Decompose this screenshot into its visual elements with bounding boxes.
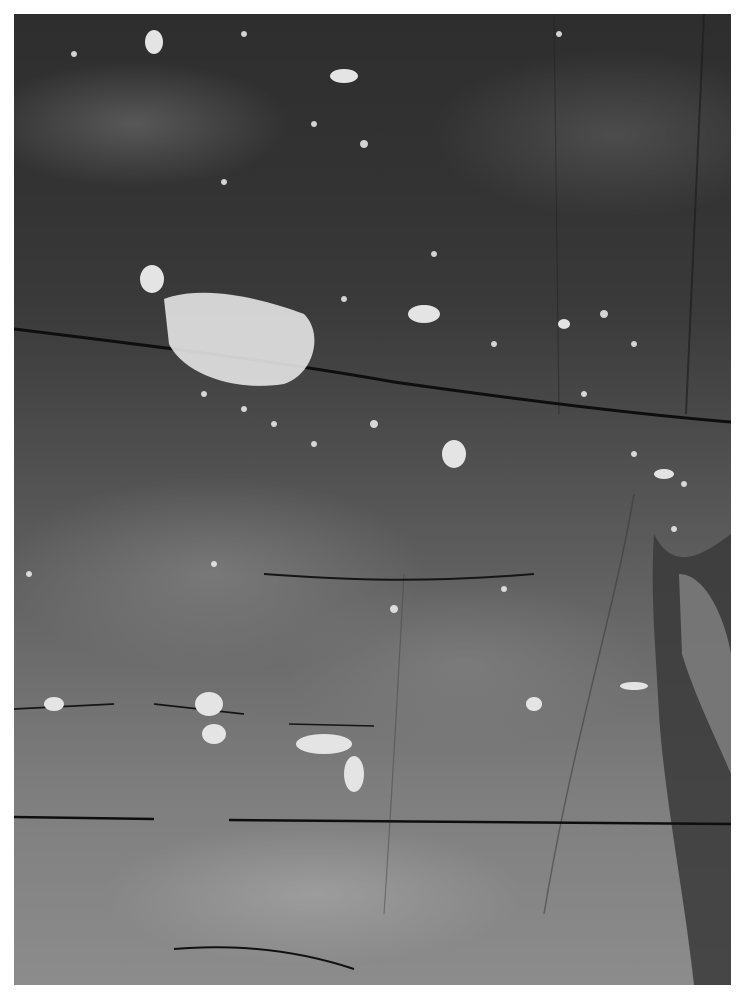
- surface-texture: [14, 14, 731, 985]
- photograph: [14, 14, 731, 985]
